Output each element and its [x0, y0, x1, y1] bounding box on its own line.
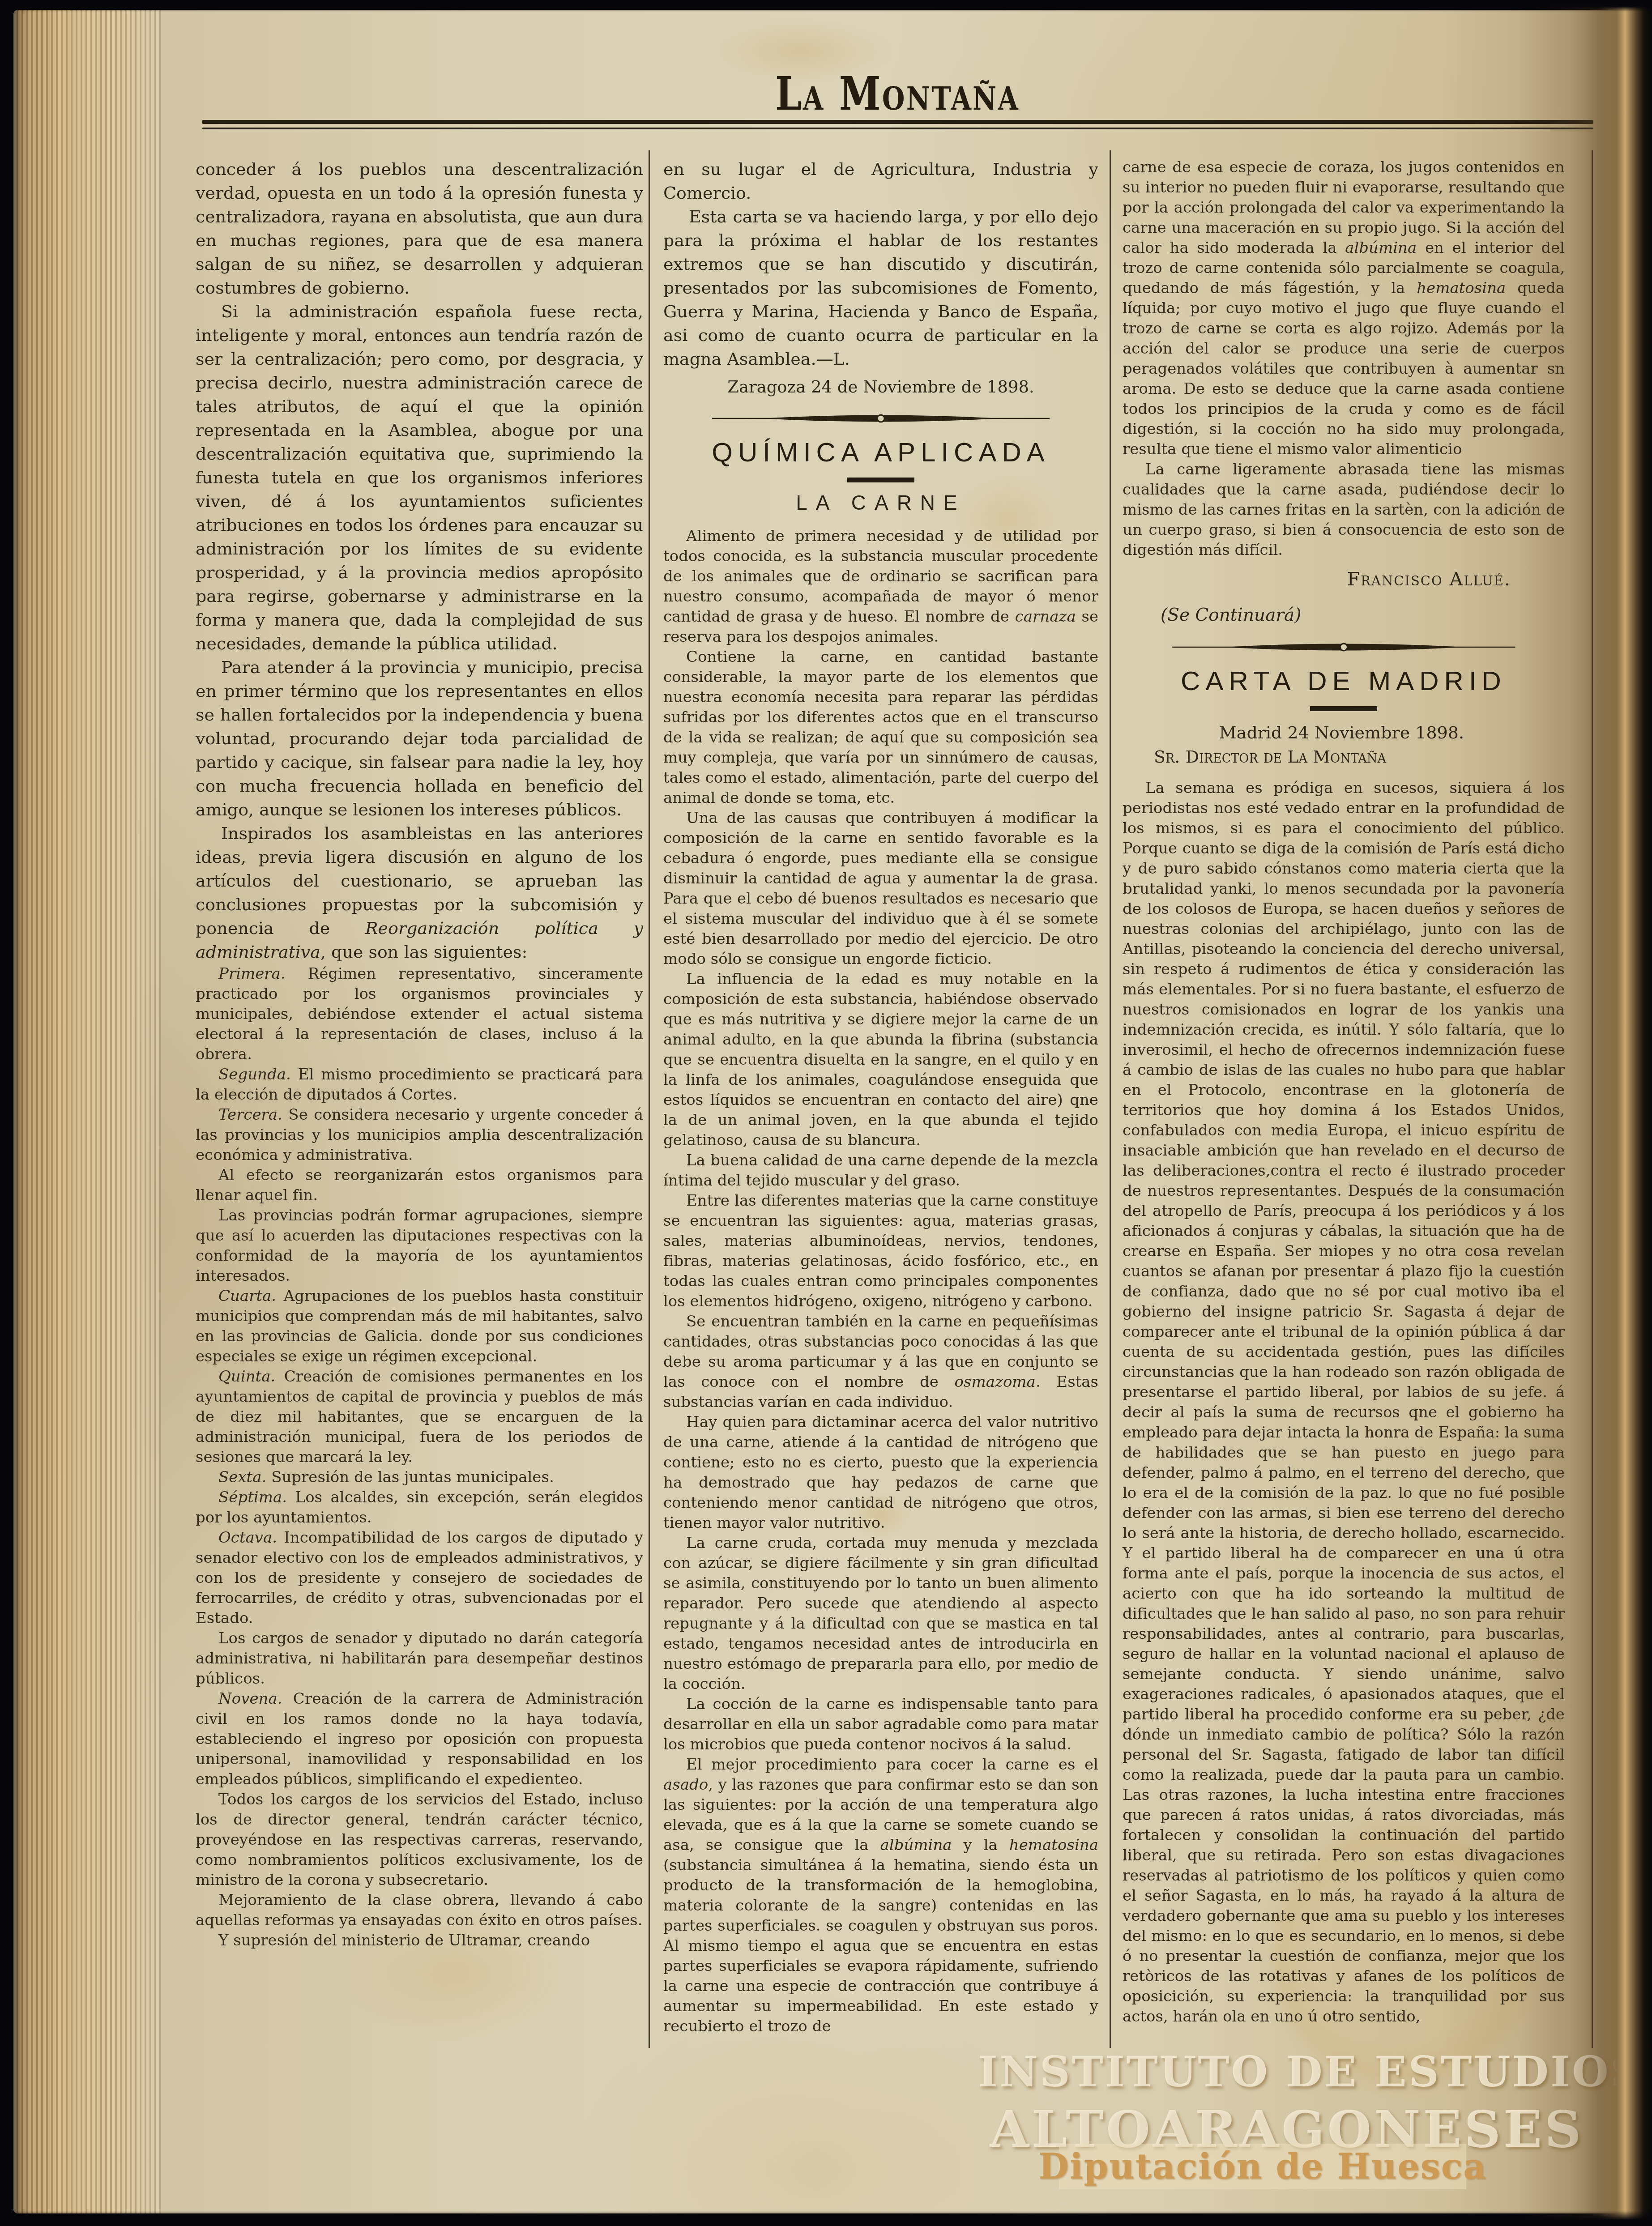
newspaper-scan: La Montaña conceder á los pueblos una de… — [0, 0, 1652, 2226]
paragraph: Y supresión del ministerio de Ultramar, … — [196, 1931, 643, 1951]
paragraph: La influencia de la edad es muy notable … — [663, 969, 1098, 1151]
archive-watermark-band: Diputación de Huesca — [1059, 2144, 1466, 2189]
paragraph: carne de esa especie de coraza, los jugo… — [1123, 158, 1565, 460]
paragraph: Tercera. Se considera necesario y urgent… — [196, 1105, 643, 1165]
rule-thin — [202, 128, 1593, 129]
paragraph: Al efecto se reorganizarán estos organis… — [196, 1165, 643, 1206]
paragraph: Todos los cargos de los servicios del Es… — [196, 1790, 643, 1890]
masthead: La Montaña — [201, 67, 1593, 121]
signature: Francisco Allué. — [1123, 568, 1565, 590]
swelled-rule-icon — [1171, 639, 1516, 656]
paragraph: Novena. Creación de la carrera de Admini… — [196, 1689, 643, 1790]
paragraph: Segunda. El mismo procedimiento se pract… — [196, 1065, 643, 1105]
column-3: carne de esa especie de coraza, los jugo… — [1123, 158, 1565, 2027]
paragraph: Mejoramiento de la clase obrera, llevand… — [196, 1890, 643, 1931]
divider-ornament — [1123, 639, 1565, 656]
paragraph: Inspirados los asambleistas en las anter… — [196, 822, 643, 964]
paragraph: Para atender á la provincia y municipio,… — [196, 656, 643, 822]
paragraph: La cocción de la carne es indispensable … — [663, 1694, 1098, 1755]
paragraph: Una de las causas que contribuyen á modi… — [663, 808, 1098, 969]
rule-thick — [202, 120, 1593, 124]
paragraph: Quinta. Creación de comisiones permanent… — [196, 1367, 643, 1467]
salutation: Sr. Director de La Montaña — [1154, 747, 1565, 767]
dateline-center: Zaragoza 24 de Noviembre de 1898. — [663, 377, 1098, 397]
heading-rule — [847, 478, 914, 482]
page-title: La Montaña — [775, 67, 1020, 121]
continuara: (Se Continuará) — [1123, 605, 1565, 625]
paragraph: La carne cruda, cortada muy menuda y mez… — [663, 1533, 1098, 1694]
paragraph: Sexta. Supresión de las juntas municipal… — [196, 1467, 643, 1488]
paragraph: Alimento de primera necesidad y de utili… — [663, 526, 1098, 647]
paragraph: La semana es pródiga en sucesos, siquier… — [1123, 778, 1565, 2027]
masthead-double-rule — [202, 120, 1593, 129]
paragraph: Séptima. Los alcaldes, sin excepción, se… — [196, 1488, 643, 1528]
watermark-line-1: INSTITUTO DE ESTUDIOS — [978, 2047, 1596, 2097]
heading: CARTA DE MADRID — [1123, 665, 1565, 696]
scan-border-bottom — [0, 2211, 1652, 2226]
paragraph: conceder á los pueblos una descentraliza… — [196, 158, 643, 300]
paragraph: Entre las diferentes materias que la car… — [663, 1191, 1098, 1312]
paragraph: en su lugar el de Agricultura, Industria… — [663, 158, 1098, 205]
column-rule-middle — [1110, 150, 1111, 2048]
paragraph: Hay quien para dictaminar acerca del val… — [663, 1412, 1098, 1533]
book-fore-edge — [13, 10, 161, 2213]
paragraph: Los cargos de senador y diputado no dará… — [196, 1629, 643, 1689]
column-2: en su lugar el de Agricultura, Industria… — [663, 158, 1098, 2037]
divider-ornament — [663, 410, 1098, 427]
dateline-right: Madrid 24 Noviembre 1898. — [1123, 723, 1565, 742]
paragraph: La carne ligeramente abrasada tiene las … — [1123, 460, 1565, 560]
paragraph: Cuarta. Agrupaciones de los pueblos hast… — [196, 1286, 643, 1367]
page-curl-shadow — [1518, 0, 1652, 2226]
column-1: conceder á los pueblos una descentraliza… — [196, 158, 643, 1951]
heading-rule — [1310, 706, 1377, 711]
subheading: LA CARNE — [663, 490, 1098, 515]
paragraph: Las provincias podrán formar agrupacione… — [196, 1206, 643, 1286]
swelled-rule-icon — [711, 410, 1050, 427]
paragraph: La buena calidad de una carne depende de… — [663, 1151, 1098, 1191]
paragraph: Si la administración española fuese rect… — [196, 300, 643, 656]
archive-watermark: INSTITUTO DE ESTUDIOS ALTOARAGONESES — [978, 2047, 1596, 2159]
paragraph: Contiene la carne, en cantidad bastante … — [663, 647, 1098, 808]
paragraph: Esta carta se va haciendo larga, y por e… — [663, 205, 1098, 371]
column-rule-left — [649, 150, 650, 2048]
paragraph: Octava. Incompatibilidad de los cargos d… — [196, 1528, 643, 1629]
paragraph: El mejor procedimiento para cocer la car… — [663, 1755, 1098, 2037]
scan-border-top — [0, 0, 1652, 12]
paragraph: Se encuentran también en la carne en peq… — [663, 1312, 1098, 1412]
heading: QUÍMICA APLICADA — [663, 437, 1098, 468]
watermark-line-3: Diputación de Huesca — [1038, 2146, 1486, 2187]
paragraph: Primera. Régimen representativo, sincera… — [196, 964, 643, 1065]
